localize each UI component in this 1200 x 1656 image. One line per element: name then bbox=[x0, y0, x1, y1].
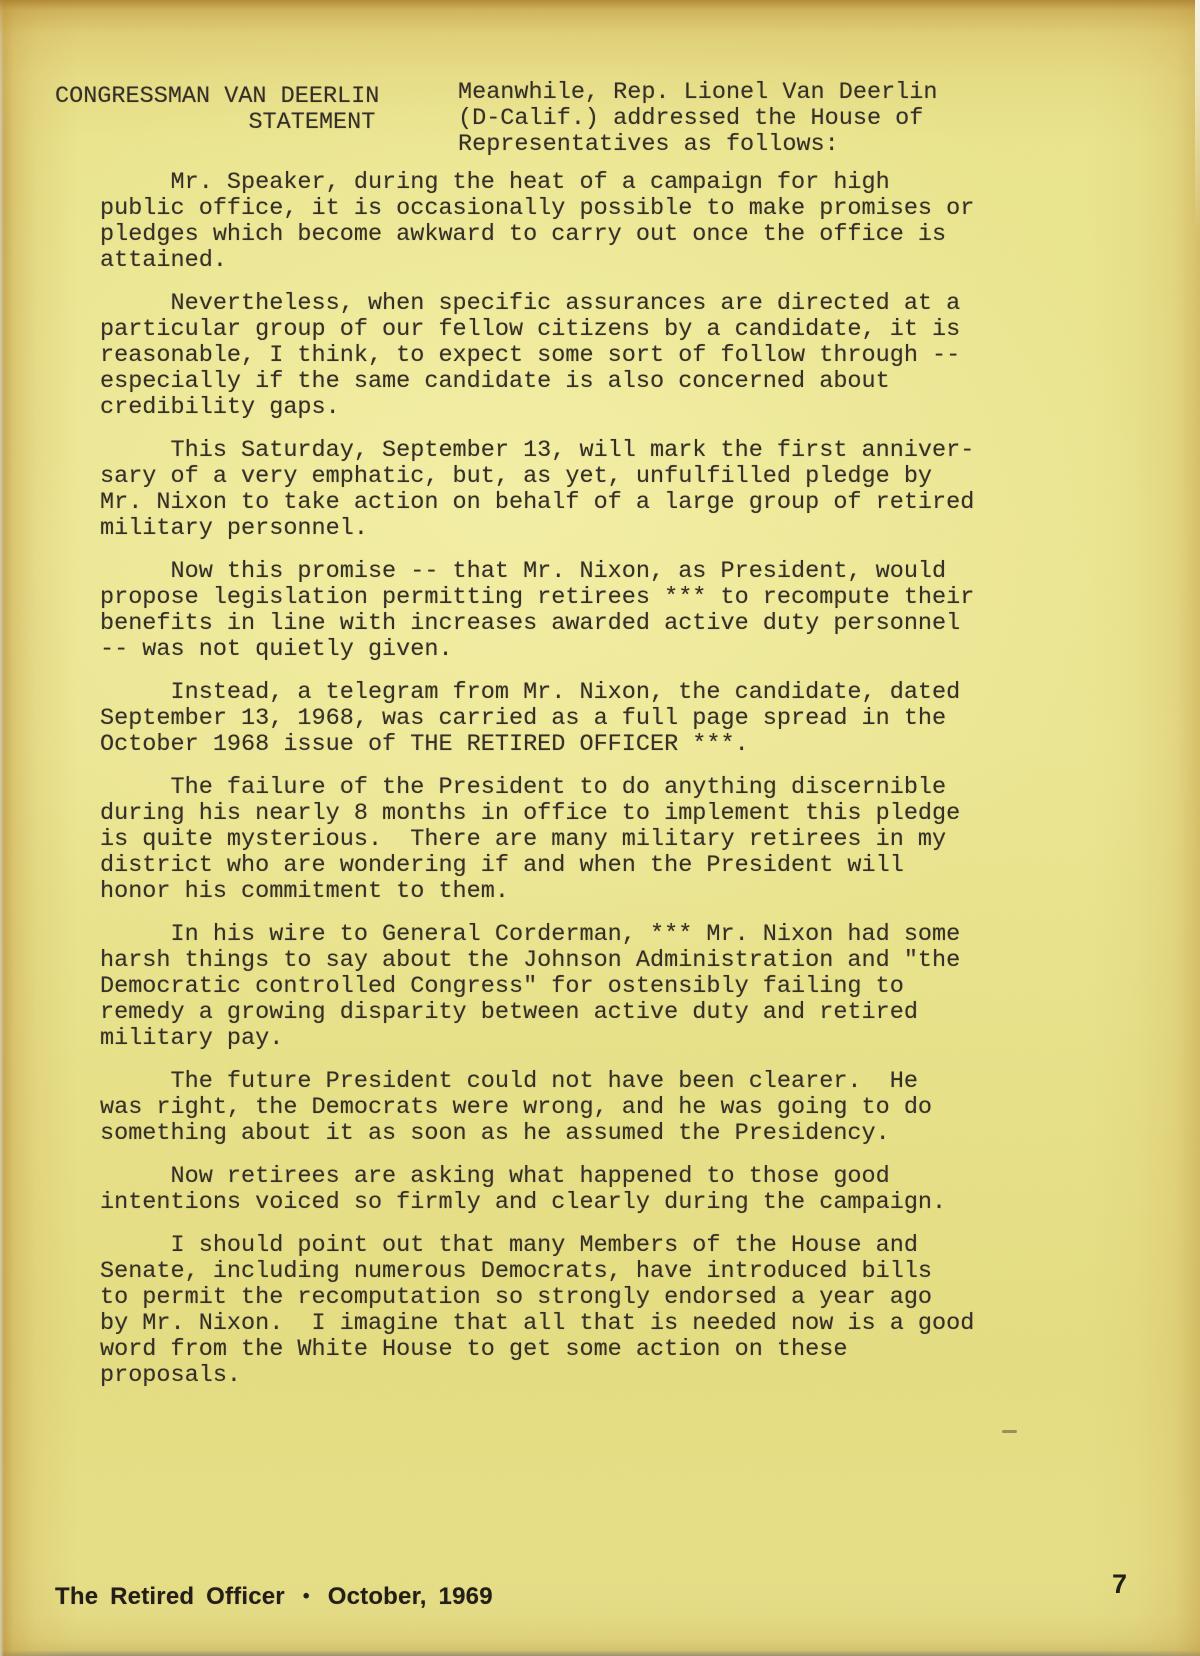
text-line: especially if the same candidate is also… bbox=[100, 369, 974, 395]
paragraph: The future President could not have been… bbox=[100, 1069, 974, 1147]
page-number: 7 bbox=[1112, 1569, 1127, 1600]
scan-edge-highlight bbox=[1195, 0, 1200, 235]
text-line: military personnel. bbox=[100, 516, 974, 542]
paragraph: Now retirees are asking what happened to… bbox=[100, 1164, 974, 1216]
text-line: -- was not quietly given. bbox=[100, 637, 974, 663]
text-line: Now this promise -- that Mr. Nixon, as P… bbox=[100, 559, 974, 585]
scan-artifact-dash bbox=[1002, 1430, 1017, 1433]
document-title-line: STATEMENT bbox=[55, 110, 379, 136]
document-title-line: CONGRESSMAN VAN DEERLIN bbox=[55, 84, 379, 110]
text-line: This Saturday, September 13, will mark t… bbox=[100, 438, 974, 464]
text-line: I should point out that many Members of … bbox=[100, 1233, 974, 1259]
text-line: Nevertheless, when specific assurances a… bbox=[100, 291, 974, 317]
intro-attribution: Meanwhile, Rep. Lionel Van Deerlin (D-Ca… bbox=[458, 80, 937, 158]
journal-title: The Retired Officer bbox=[55, 1583, 285, 1610]
text-line: honor his commitment to them. bbox=[100, 879, 974, 905]
text-line: October 1968 issue of THE RETIRED OFFICE… bbox=[100, 732, 974, 758]
text-line: harsh things to say about the Johnson Ad… bbox=[100, 948, 974, 974]
text-line: district who are wondering if and when t… bbox=[100, 853, 974, 879]
text-line: credibility gaps. bbox=[100, 395, 974, 421]
text-line: proposals. bbox=[100, 1363, 974, 1389]
issue-date: October, 1969 bbox=[328, 1583, 493, 1610]
text-line: military pay. bbox=[100, 1026, 974, 1052]
text-line: September 13, 1968, was carried as a ful… bbox=[100, 706, 974, 732]
text-line: Mr. Speaker, during the heat of a campai… bbox=[100, 170, 974, 196]
scanned-page: CONGRESSMAN VAN DEERLIN STATEMENT Meanwh… bbox=[0, 0, 1200, 1656]
text-line: Now retirees are asking what happened to… bbox=[100, 1164, 974, 1190]
statement-body: Mr. Speaker, during the heat of a campai… bbox=[100, 170, 974, 1406]
paragraph: Mr. Speaker, during the heat of a campai… bbox=[100, 170, 974, 274]
text-line: public office, it is occasionally possib… bbox=[100, 196, 974, 222]
paragraph: In his wire to General Corderman, *** Mr… bbox=[100, 922, 974, 1052]
text-line: remedy a growing disparity between activ… bbox=[100, 1000, 974, 1026]
text-line: The failure of the President to do anyth… bbox=[100, 775, 974, 801]
intro-attribution-line: Representatives as follows: bbox=[458, 132, 937, 158]
text-line: propose legislation permitting retirees … bbox=[100, 585, 974, 611]
text-line: benefits in line with increases awarded … bbox=[100, 611, 974, 637]
text-line: Instead, a telegram from Mr. Nixon, the … bbox=[100, 680, 974, 706]
text-line: word from the White House to get some ac… bbox=[100, 1337, 974, 1363]
paragraph: Nevertheless, when specific assurances a… bbox=[100, 291, 974, 421]
page-footer: The Retired Officer•October, 1969 bbox=[55, 1583, 493, 1611]
text-line: by Mr. Nixon. I imagine that all that is… bbox=[100, 1311, 974, 1337]
paragraph: Instead, a telegram from Mr. Nixon, the … bbox=[100, 680, 974, 758]
paragraph: The failure of the President to do anyth… bbox=[100, 775, 974, 905]
text-line: is quite mysterious. There are many mili… bbox=[100, 827, 974, 853]
paragraph: I should point out that many Members of … bbox=[100, 1233, 974, 1389]
text-line: attained. bbox=[100, 248, 974, 274]
text-line: during his nearly 8 months in office to … bbox=[100, 801, 974, 827]
intro-attribution-line: Meanwhile, Rep. Lionel Van Deerlin bbox=[458, 80, 937, 106]
text-line: pledges which become awkward to carry ou… bbox=[100, 222, 974, 248]
text-line: was right, the Democrats were wrong, and… bbox=[100, 1095, 974, 1121]
text-line: intentions voiced so firmly and clearly … bbox=[100, 1190, 974, 1216]
paragraph: Now this promise -- that Mr. Nixon, as P… bbox=[100, 559, 974, 663]
text-line: particular group of our fellow citizens … bbox=[100, 317, 974, 343]
paragraph: This Saturday, September 13, will mark t… bbox=[100, 438, 974, 542]
text-line: Mr. Nixon to take action on behalf of a … bbox=[100, 490, 974, 516]
text-line: something about it as soon as he assumed… bbox=[100, 1121, 974, 1147]
text-line: The future President could not have been… bbox=[100, 1069, 974, 1095]
bullet-separator-icon: • bbox=[303, 1586, 310, 1608]
text-line: Democratic controlled Congress" for oste… bbox=[100, 974, 974, 1000]
text-line: Senate, including numerous Democrats, ha… bbox=[100, 1259, 974, 1285]
text-line: sary of a very emphatic, but, as yet, un… bbox=[100, 464, 974, 490]
intro-attribution-line: (D-Calif.) addressed the House of bbox=[458, 106, 937, 132]
document-title: CONGRESSMAN VAN DEERLIN STATEMENT bbox=[55, 84, 379, 136]
text-line: reasonable, I think, to expect some sort… bbox=[100, 343, 974, 369]
text-line: In his wire to General Corderman, *** Mr… bbox=[100, 922, 974, 948]
text-line: to permit the recomputation so strongly … bbox=[100, 1285, 974, 1311]
